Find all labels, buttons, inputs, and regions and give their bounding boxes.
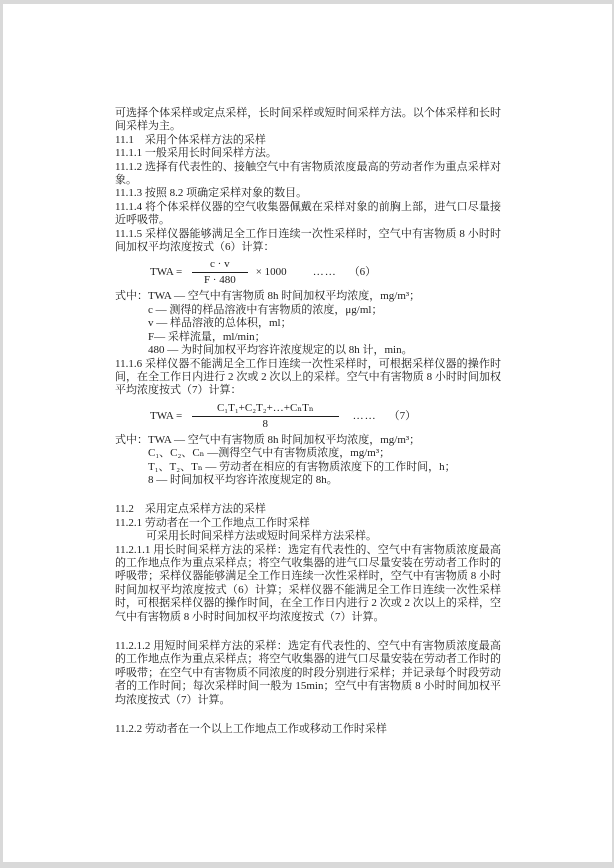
paragraph-11-2-1: 11.2.1 劳动者在一个工作地点工作时采样 (115, 517, 501, 530)
formula-7: TWA = C₁T₁+C₂T₂+…+CₙTₙ 8 …… （7） (150, 402, 501, 431)
document-text-block: 可选择个体采样或定点采样，长时间采样或短时间采样方法。以个体采样和长时间采样为主… (115, 107, 501, 736)
blank-line (115, 487, 501, 503)
paragraph-11-1-4: 11.1.4 将个体采样仪器的空气收集器佩戴在采样对象的前胸上部，进气口尽量接近… (115, 201, 501, 228)
definition-line: 480 — 为时间加权平均容许浓度规定的以 8h 计，min。 (115, 344, 501, 357)
intro-paragraph: 可选择个体采样或定点采样，长时间采样或短时间采样方法。以个体采样和长时间采样为主… (115, 107, 501, 134)
formula-6-denominator: F · 480 (192, 274, 248, 287)
fraction-bar (192, 416, 339, 417)
blank-line (115, 707, 501, 723)
paragraph-11-2-1-2: 11.2.1.2 用短时间采样方法的采样：选定有代表性的、空气中有害物质浓度最高… (115, 640, 501, 707)
definition-line: 式中：TWA — 空气中有害物质 8h 时间加权平均浓度，mg/m³； (115, 434, 501, 447)
formula-7-dots: …… (353, 410, 377, 423)
definition-line: 式中：TWA — 空气中有害物质 8h 时间加权平均浓度，mg/m³； (115, 290, 501, 303)
formula-6-numerator: c · v (198, 258, 242, 271)
formula-6-dots: …… (313, 266, 337, 279)
blank-line (115, 624, 501, 640)
definition-line: F— 采样流量，ml/min； (115, 331, 501, 344)
formula-7-lhs: TWA = (150, 410, 185, 423)
document-page: 可选择个体采样或定点采样，长时间采样或短时间采样方法。以个体采样和长时间采样为主… (3, 4, 612, 862)
definition-line: 8 — 时间加权平均容许浓度规定的 8h。 (115, 474, 501, 487)
formula-6-definitions: 式中：TWA — 空气中有害物质 8h 时间加权平均浓度，mg/m³； c — … (115, 290, 501, 357)
paragraph-11-2-1-note: 可采用长时间采样方法或短时间采样方法采样。 (115, 530, 501, 543)
section-heading-11-1: 11.1 采用个体采样方法的采样 (115, 134, 501, 147)
formula-7-denominator: 8 (261, 418, 271, 431)
paragraph-11-2-2: 11.2.2 劳动者在一个以上工作地点工作或移动工作时采样 (115, 723, 501, 736)
formula-6-multiplier: × 1000 (256, 266, 287, 279)
definition-line: c — 测得的样品溶液中有害物质的浓度，μg/ml； (115, 304, 501, 317)
formula-6-number: （6） (349, 266, 377, 279)
formula-7-number: （7） (389, 410, 417, 423)
paragraph-11-2-1-1: 11.2.1.1 用长时间采样方法的采样：选定有代表性的、空气中有害物质浓度最高… (115, 544, 501, 624)
definition-line: C₁、C₂、Cₙ —测得空气中有害物质浓度，mg/m³； (115, 447, 501, 460)
paragraph-11-1-6: 11.1.6 采样仪器不能满足全工作日连续一次性采样时，可根据采样仪器的操作时间… (115, 358, 501, 398)
formula-6-fraction: c · v F · 480 (192, 258, 248, 287)
formula-7-numerator: C₁T₁+C₂T₂+…+CₙTₙ (192, 402, 339, 415)
definition-line: T₁、T₂、Tₙ — 劳动者在相应的有害物质浓度下的工作时间，h； (115, 461, 501, 474)
paragraph-11-1-1: 11.1.1 一般采用长时间采样方法。 (115, 147, 501, 160)
formula-6-lhs: TWA = (150, 266, 185, 279)
paragraph-11-1-2: 11.1.2 选择有代表性的、接触空气中有害物质浓度最高的劳动者作为重点采样对象… (115, 161, 501, 188)
formula-6: TWA = c · v F · 480 × 1000 …… （6） (150, 258, 501, 287)
section-heading-11-2: 11.2 采用定点采样方法的采样 (115, 503, 501, 516)
fraction-bar (192, 272, 248, 273)
paragraph-11-1-3: 11.1.3 按照 8.2 项确定采样对象的数目。 (115, 187, 501, 200)
scanned-document-frame: 可选择个体采样或定点采样，长时间采样或短时间采样方法。以个体采样和长时间采样为主… (0, 0, 614, 868)
formula-7-fraction: C₁T₁+C₂T₂+…+CₙTₙ 8 (192, 402, 339, 431)
paragraph-11-1-5: 11.1.5 采样仪器能够满足全工作日连续一次性采样时，空气中有害物质 8 小时… (115, 228, 501, 255)
definition-line: v — 样品溶液的总体积，ml； (115, 317, 501, 330)
formula-7-definitions: 式中：TWA — 空气中有害物质 8h 时间加权平均浓度，mg/m³； C₁、C… (115, 434, 501, 488)
